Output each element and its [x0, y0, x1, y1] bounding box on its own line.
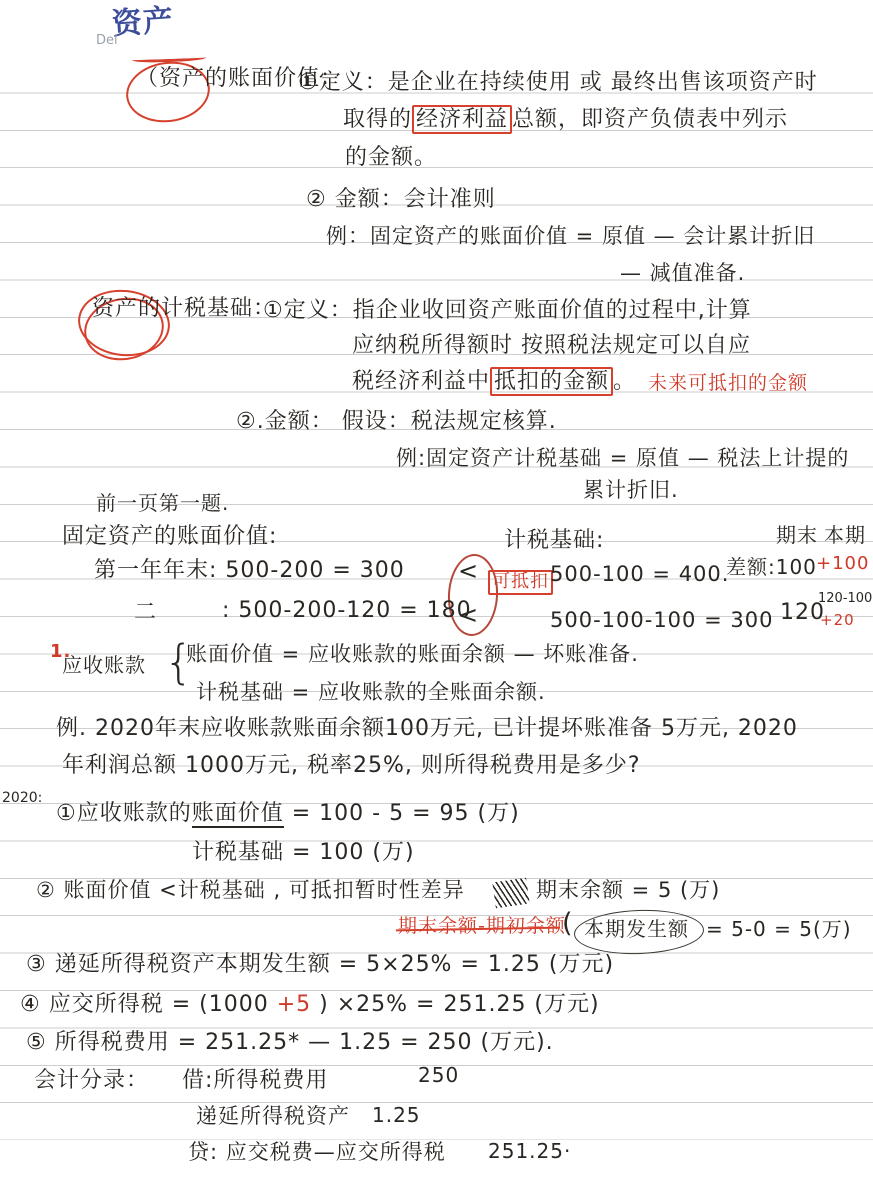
- col-header-ending: 期末: [776, 524, 818, 547]
- compare-left-header: 固定资产的账面价值:: [62, 524, 277, 549]
- section2-definition-line1: ①定义：指企业收回资产账面价值的过程中,计算: [263, 298, 752, 323]
- watermark-text: Del: [96, 34, 118, 49]
- compare-row1-current: +100: [816, 554, 869, 575]
- red-tag-deductible: 可抵扣: [488, 570, 553, 595]
- compare-row2-current: +20: [820, 612, 855, 629]
- margin-year: 2020:: [2, 790, 42, 806]
- section1-example-line2: — 减值准备.: [620, 261, 745, 285]
- step3-deferred-tax-asset: ③ 递延所得税资产本期发生额 = 5×25% = 1.25 (万元): [26, 952, 614, 977]
- section2-example-line2: 累计折旧.: [583, 478, 679, 502]
- section1-definition-line1: ①定义：是企业在持续使用 或 最终出售该项资产时: [298, 70, 818, 95]
- big-paren: (: [562, 908, 574, 939]
- debit1-account: 借:所得税费用: [182, 1068, 328, 1093]
- page-title: 资产: [111, 4, 175, 43]
- ar-label: 应收账款: [62, 654, 146, 677]
- notebook-page: 资产 Del （资产的账面价值： ①定义：是企业在持续使用 或 最终出售该项资产…: [0, 0, 873, 1193]
- section2-example-line1: 例:固定资产计税基础 = 原值 — 税法上计提的: [396, 446, 849, 470]
- section1-example-line1: 例：固定资产的账面价值 = 原值 — 会计累计折旧: [326, 224, 815, 248]
- step2-current-amount-calc: = 5-0 = 5(万): [706, 918, 852, 941]
- step2-ending-balance: 期末余额 = 5 (万): [536, 878, 720, 902]
- debit2-amount: 1.25: [372, 1104, 421, 1127]
- step5-income-tax-expense: ⑤ 所得税费用 = 251.25* — 1.25 = 250 (万元).: [26, 1030, 554, 1055]
- step1-tax-base: 计税基础 = 100 (万): [192, 840, 415, 865]
- section1-definition-line2: 取得的经济利益总额，即资产负债表中列示: [343, 107, 788, 132]
- red-note-future-deductible: 未来可抵扣的金额: [648, 373, 808, 395]
- compare-row2-left: : 500-200-120 = 180: [222, 598, 472, 623]
- credit-amount: 251.25·: [488, 1140, 571, 1163]
- compare-row1-ending: 差额:100: [726, 556, 817, 579]
- debit1-amount: 250: [418, 1064, 459, 1087]
- less-than-row2: <: [458, 602, 479, 630]
- compare-row1-left: 第一年年末: 500-200 = 300: [94, 558, 405, 583]
- def-line2-post: 总额，即资产负债表中列示: [512, 107, 788, 132]
- col-header-current: 本期: [824, 524, 866, 547]
- step4-pre: ④ 应交所得税 = (1000: [20, 992, 277, 1017]
- ar-tax-base-line: 计税基础 = 应收账款的全账面余额.: [196, 680, 546, 704]
- scribble-crossout: [492, 878, 529, 908]
- section2-definition-line2: 应纳税所得额时 按照税法规定可以自应: [352, 333, 751, 358]
- step2-current-amount-label: 本期发生额: [584, 918, 689, 941]
- step2-comparison: ② 账面价值 <计税基础 , 可抵扣暂时性差异: [36, 878, 465, 902]
- section1-amount: ② 金额：会计准则: [306, 187, 496, 212]
- section2-definition-line3: 税经济利益中抵扣的金额。: [352, 369, 636, 394]
- journal-entry-label: 会计分录：: [34, 1068, 149, 1093]
- compare-row2-right: 500-100-100 = 300: [550, 608, 773, 632]
- step1-book-value: ①应收账款的账面价值 = 100 - 5 = 95 (万): [56, 801, 520, 826]
- step4-tax-payable: ④ 应交所得税 = (1000 +5 ) ×25% = 251.25 (万元): [20, 992, 600, 1017]
- step1-underlined: 账面价值: [192, 801, 284, 828]
- compare-row1-right: 500-100 = 400.: [550, 562, 729, 586]
- section1-definition-line3: 的金额。: [345, 145, 437, 170]
- step4-post: ) ×25% = 251.25 (万元): [311, 992, 599, 1017]
- problem-line1: 例. 2020年末应收账款账面余额100万元, 已计提坏账准备 5万元, 202…: [56, 716, 798, 741]
- compare-right-header: 计税基础:: [504, 528, 604, 553]
- debit2-account: 递延所得税资产: [196, 1104, 350, 1128]
- compare-row2-calc: 120-100: [818, 592, 872, 607]
- def-line2-pre: 取得的: [343, 107, 412, 132]
- credit-account: 贷: 应交税费—应交所得税: [188, 1140, 446, 1164]
- section2-heading: 资产的计税基础：: [92, 296, 276, 321]
- red-box-economic-benefit: 经济利益: [412, 105, 512, 134]
- note-previous-page: 前一页第一题.: [96, 492, 229, 515]
- red-box-deductible-amount: 抵扣的金额: [490, 367, 613, 396]
- ar-book-value-line: 账面价值 = 应收账款的账面余额 — 坏账准备.: [186, 642, 639, 666]
- less-than-row1: <: [458, 558, 479, 586]
- step1-pre: ①应收账款的: [56, 801, 192, 826]
- problem-line2: 年利润总额 1000万元, 税率25%, 则所得税费用是多少?: [62, 753, 641, 778]
- compare-row2-label: 二: [134, 600, 157, 625]
- step1-post: = 100 - 5 = 95 (万): [284, 801, 520, 826]
- def3-end: 。: [613, 369, 636, 394]
- red-plus-five: +5: [277, 992, 311, 1017]
- section2-amount: ②.金额： 假设：税法规定核算.: [236, 409, 557, 434]
- def3-pre: 税经济利益中: [352, 369, 490, 394]
